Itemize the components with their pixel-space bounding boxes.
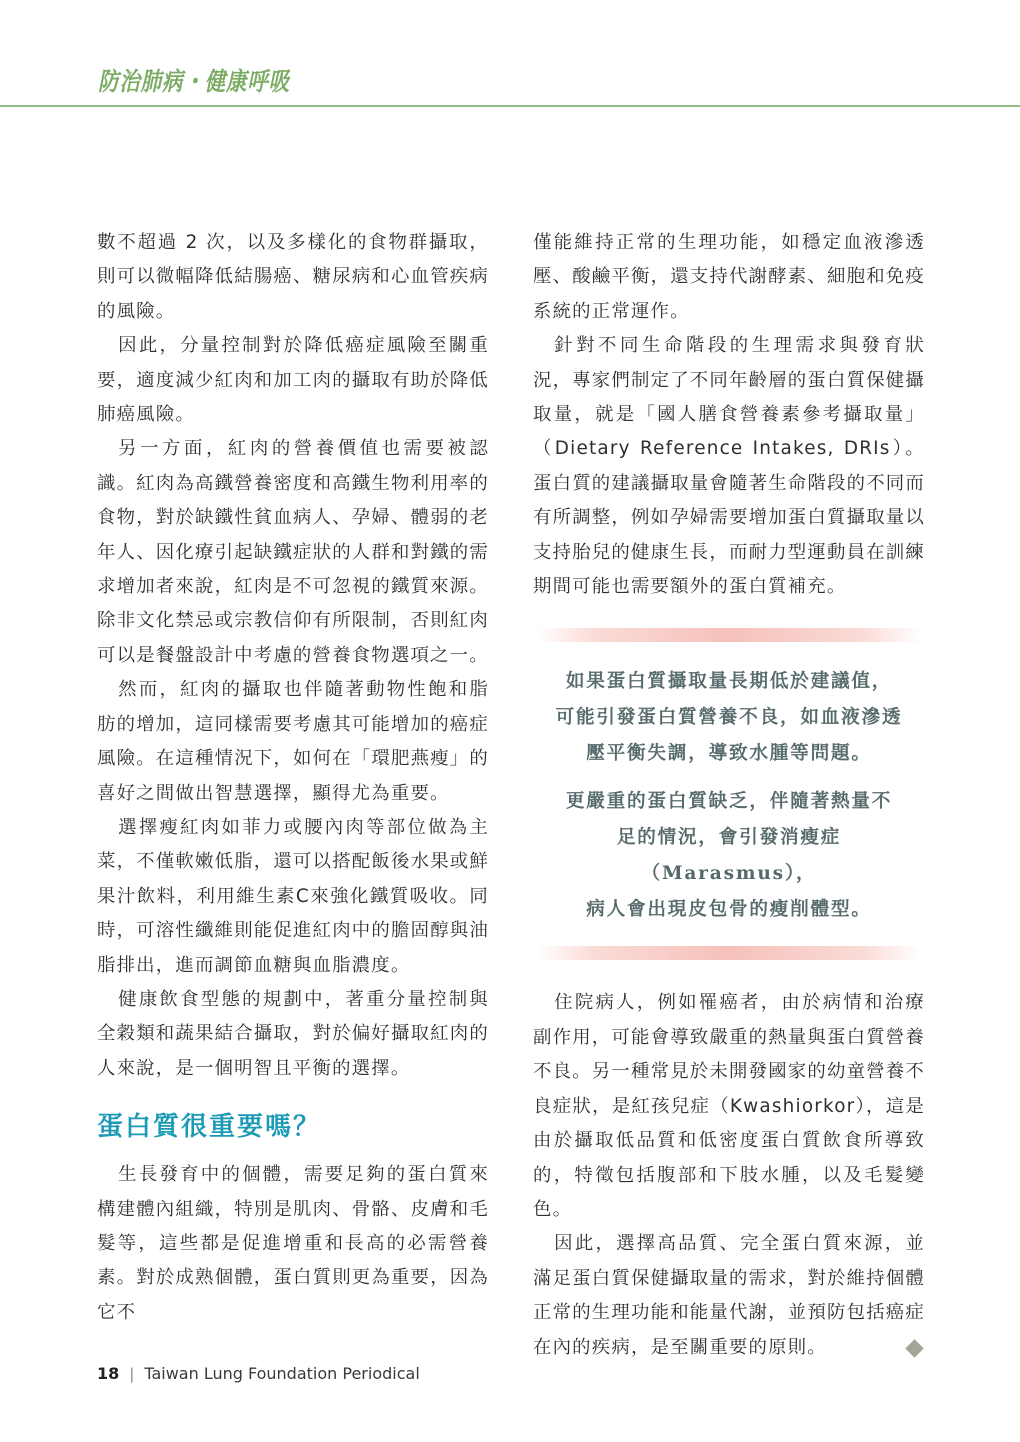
- right-column: 僅能維持正常的生理功能，如穩定血液滲透壓、酸鹼平衡，還支持代謝酵素、細胞和免疫系…: [533, 226, 925, 1365]
- callout-paragraph: 如果蛋白質攝取量長期低於建議值， 可能引發蛋白質營養不良，如血液滲透 壓平衡失調…: [533, 664, 925, 772]
- callout-top-band: [537, 628, 921, 642]
- page-number: 18: [97, 1364, 119, 1383]
- body-paragraph: 生長發育中的個體，需要足夠的蛋白質來構建體內組織，特別是肌肉、骨骼、皮膚和毛髮等…: [97, 1158, 489, 1330]
- publication-name: Taiwan Lung Foundation Periodical: [144, 1364, 419, 1383]
- body-paragraph: 然而，紅肉的攝取也伴隨著動物性飽和脂肪的增加，這同樣需要考慮其可能增加的癌症風險…: [97, 673, 489, 811]
- body-paragraph: 僅能維持正常的生理功能，如穩定血液滲透壓、酸鹼平衡，還支持代謝酵素、細胞和免疫系…: [533, 226, 925, 329]
- body-paragraph: 因此，分量控制對於降低癌症風險至關重要，適度減少紅肉和加工肉的攝取有助於降低肺癌…: [97, 329, 489, 432]
- body-paragraph: 因此，選擇高品質、完全蛋白質來源，並滿足蛋白質保健攝取量的需求，對於維持個體正常…: [533, 1227, 925, 1365]
- callout-line: 壓平衡失調，導致水腫等問題。: [586, 743, 872, 764]
- body-paragraph: 健康飲食型態的規劃中，著重分量控制與全穀類和蔬果結合攝取，對於偏好攝取紅肉的人來…: [97, 983, 489, 1086]
- body-paragraph: 住院病人，例如罹癌者，由於病情和治療副作用，可能會導致嚴重的熱量與蛋白質營養不良…: [533, 986, 925, 1227]
- pull-quote-callout: 如果蛋白質攝取量長期低於建議值， 可能引發蛋白質營養不良，如血液滲透 壓平衡失調…: [533, 628, 925, 960]
- callout-line: 可能引發蛋白質營養不良，如血液滲透: [556, 707, 903, 728]
- page-footer: 18 | Taiwan Lung Foundation Periodical: [97, 1364, 420, 1383]
- callout-line: 病人會出現皮包骨的瘦削體型。: [586, 899, 872, 920]
- header-divider: [0, 105, 1020, 107]
- body-paragraph: 選擇瘦紅肉如菲力或腰內肉等部位做為主菜，不僅軟嫩低脂，還可以搭配飯後水果或鮮果汁…: [97, 811, 489, 983]
- callout-line: 如果蛋白質攝取量長期低於建議值，: [566, 671, 892, 692]
- left-column: 數不超過 2 次，以及多樣化的食物群攝取，則可以微幅降低結腸癌、糖尿病和心血管疾…: [97, 226, 489, 1330]
- body-paragraph: 數不超過 2 次，以及多樣化的食物群攝取，則可以微幅降低結腸癌、糖尿病和心血管疾…: [97, 226, 489, 329]
- footer-separator: |: [129, 1365, 134, 1383]
- header-section-title: 防治肺病・健康呼吸: [98, 62, 290, 98]
- body-paragraph: 另一方面，紅肉的營養價值也需要被認識。紅肉為高鐵營養密度和高鐵生物利用率的食物，…: [97, 432, 489, 673]
- callout-bottom-band: [537, 946, 921, 960]
- callout-line: 足的情況，會引發消瘦症（Marasmus），: [617, 827, 841, 884]
- callout-line: 更嚴重的蛋白質缺乏，伴隨著熱量不: [566, 791, 892, 812]
- body-paragraph: 針對不同生命階段的生理需求與發育狀況，專家們制定了不同年齡層的蛋白質保健攝取量，…: [533, 329, 925, 604]
- callout-paragraph: 更嚴重的蛋白質缺乏，伴隨著熱量不 足的情況，會引發消瘦症（Marasmus）， …: [533, 784, 925, 928]
- section-heading: 蛋白質很重要嗎？: [97, 1110, 489, 1144]
